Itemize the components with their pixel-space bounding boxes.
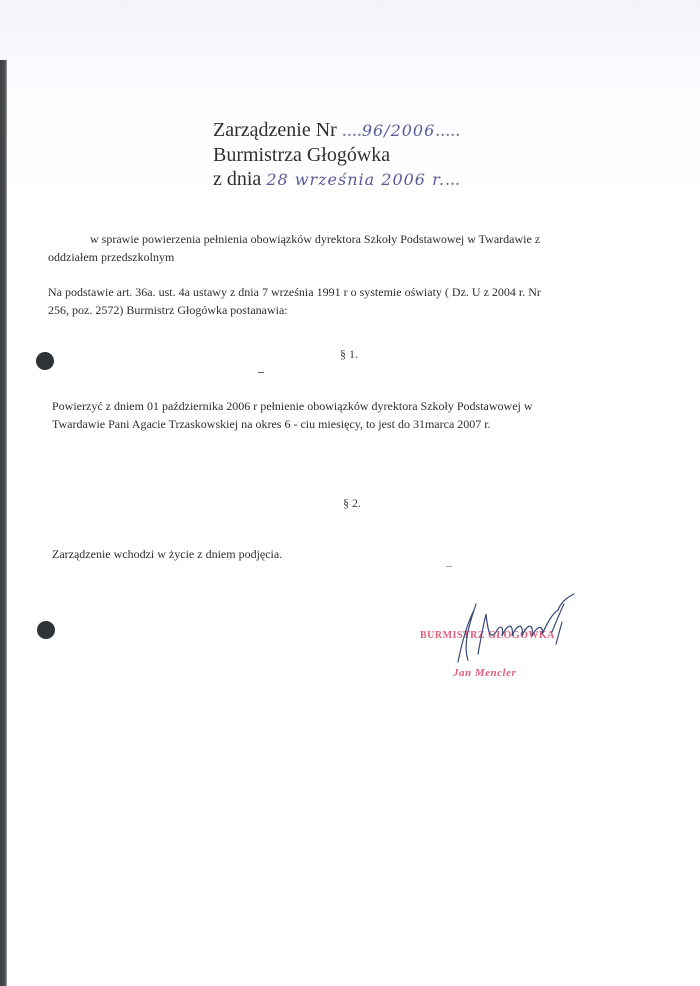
punch-hole	[36, 352, 54, 370]
scan-edge-shadow	[0, 60, 7, 986]
section-1-line-2: Twardawie Pani Agacie Trzaskowskiej na o…	[52, 415, 533, 433]
title-line-number: Zarządzenie Nr ....96/2006.....	[213, 118, 460, 143]
scanned-document-page: Zarządzenie Nr ....96/2006..... Burmistr…	[0, 0, 700, 986]
section-1-line-1: Powierzyć z dniem 01 października 2006 r…	[52, 397, 533, 415]
title-label-date: z dnia	[213, 168, 261, 190]
section-1-heading: § 1.	[340, 347, 358, 362]
scan-speck	[446, 566, 452, 567]
handwritten-date: 28 września 2006 r.	[266, 170, 445, 189]
subject-line-1: w sprawie powierzenia pełnienia obowiązk…	[48, 230, 540, 248]
scan-speck	[258, 372, 264, 373]
legal-basis-line-1: Na podstawie art. 36a. ust. 4a ustawy z …	[48, 283, 541, 301]
subject-line-2: oddziałem przedszkolnym	[48, 248, 540, 266]
fill-dots: ....	[342, 119, 362, 141]
subject-paragraph: w sprawie powierzenia pełnienia obowiązk…	[48, 230, 540, 266]
stamp-name: Jan Mencler	[453, 667, 516, 679]
title-label-nr: Zarządzenie Nr	[213, 119, 337, 141]
section-2-heading: § 2.	[343, 496, 361, 511]
section-2-paragraph: Zarządzenie wchodzi w życie z dniem podj…	[52, 545, 282, 563]
legal-basis-paragraph: Na podstawie art. 36a. ust. 4a ustawy z …	[48, 283, 541, 319]
punch-hole	[37, 621, 55, 639]
title-authority: Burmistrza Głogówka	[213, 143, 460, 167]
fill-dots: ...	[445, 168, 460, 190]
handwritten-number: 96/2006	[362, 121, 435, 140]
document-title-block: Zarządzenie Nr ....96/2006..... Burmistr…	[213, 118, 460, 192]
section-1-paragraph: Powierzyć z dniem 01 października 2006 r…	[52, 397, 533, 433]
title-line-date: z dnia 28 września 2006 r....	[213, 167, 460, 192]
legal-basis-line-2: 256, poz. 2572) Burmistrz Głogówka posta…	[48, 301, 541, 319]
fill-dots: .....	[435, 119, 460, 141]
handwritten-signature	[448, 592, 588, 667]
